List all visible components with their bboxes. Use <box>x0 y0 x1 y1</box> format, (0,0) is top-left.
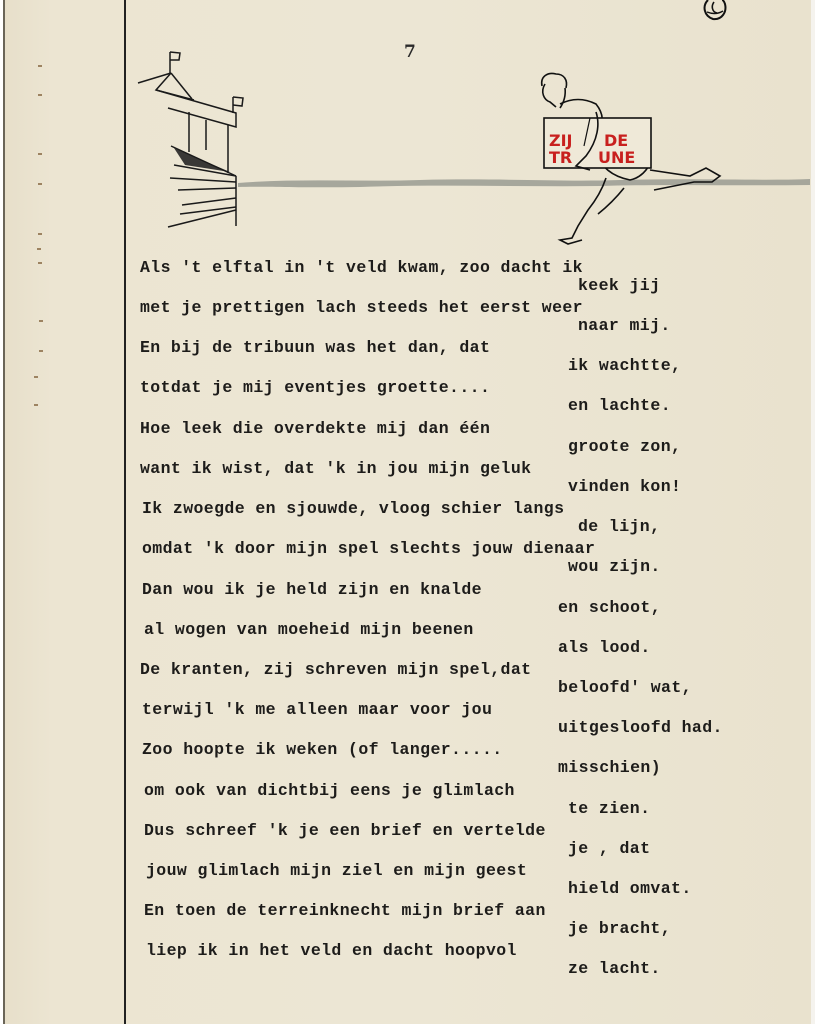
stand-shading <box>174 148 230 172</box>
poem-line-continuation: te zien. <box>568 799 650 819</box>
horizon-line <box>238 179 810 187</box>
poem-line: al wogen van moeheid mijn beenen <box>144 620 474 640</box>
poem-line: om ook van dichtbij eens je glimlach <box>144 781 515 801</box>
poem-line-continuation: groote zon, <box>568 437 681 457</box>
sign-text-line-2: TR <box>549 148 572 167</box>
poem-line-continuation: ze lacht. <box>568 959 661 979</box>
header-illustration: ZIJ DE TR UNE <box>0 0 815 250</box>
poem-line: totdat je mij eventjes groette.... <box>140 378 490 398</box>
punch-mark <box>39 320 43 322</box>
poem-line: want ik wist, dat 'k in jou mijn geluk <box>140 459 531 479</box>
poem-line: Hoe leek die overdekte mij dan één <box>140 419 490 439</box>
poem-line: Dus schreef 'k je een brief en vertelde <box>144 821 546 841</box>
poem-line: terwijl 'k me alleen maar voor jou <box>142 700 492 720</box>
sign-board: ZIJ DE TR UNE <box>544 112 651 170</box>
poem-line: En toen de terreinknecht mijn brief aan <box>144 901 546 921</box>
poem-line-continuation: keek jij <box>578 276 660 296</box>
poem-line-continuation: wou zijn. <box>568 557 661 577</box>
poem-line-continuation: en schoot, <box>558 598 661 618</box>
poem-line-continuation: vinden kon! <box>568 477 681 497</box>
poem-line: En bij de tribuun was het dan, dat <box>140 338 490 358</box>
poem-line-continuation: als lood. <box>558 638 651 658</box>
poem-line-continuation: ik wachtte, <box>568 356 681 376</box>
poem-line-continuation: je bracht, <box>568 919 671 939</box>
poem-line: Dan wou ik je held zijn en knalde <box>142 580 482 600</box>
punch-mark <box>34 404 38 406</box>
poem-line-continuation: uitgesloofd had. <box>558 718 723 738</box>
punch-mark <box>34 376 38 378</box>
grandstand-drawing <box>138 52 243 227</box>
poem-line-continuation: de lijn, <box>578 517 660 537</box>
poem-line-continuation: hield omvat. <box>568 879 692 899</box>
poem-line-continuation: je , dat <box>568 839 650 859</box>
poem-line: Als 't elftal in 't veld kwam, zoo dacht… <box>140 258 583 278</box>
poem-line-continuation: misschien) <box>558 758 661 778</box>
poem-line: Zoo hoopte ik weken (of langer..... <box>142 740 503 760</box>
poem-line: omdat 'k door mijn spel slechts jouw die… <box>142 539 595 559</box>
poem-line: Ik zwoegde en sjouwde, vloog schier lang… <box>142 499 564 519</box>
poem-line: liep ik in het veld en dacht hoopvol <box>146 941 517 961</box>
punch-mark <box>38 262 42 264</box>
sign-text-line-2b: UNE <box>598 148 635 167</box>
punch-mark <box>39 350 43 352</box>
poem-line: De kranten, zij schreven mijn spel,dat <box>140 660 531 680</box>
poem-line: met je prettigen lach steeds het eerst w… <box>140 298 583 318</box>
poem-line-continuation: beloofd' wat, <box>558 678 692 698</box>
poem-line-continuation: en lachte. <box>568 396 671 416</box>
poem-line-continuation: naar mij. <box>578 316 671 336</box>
poem-line: jouw glimlach mijn ziel en mijn geest <box>146 861 527 881</box>
